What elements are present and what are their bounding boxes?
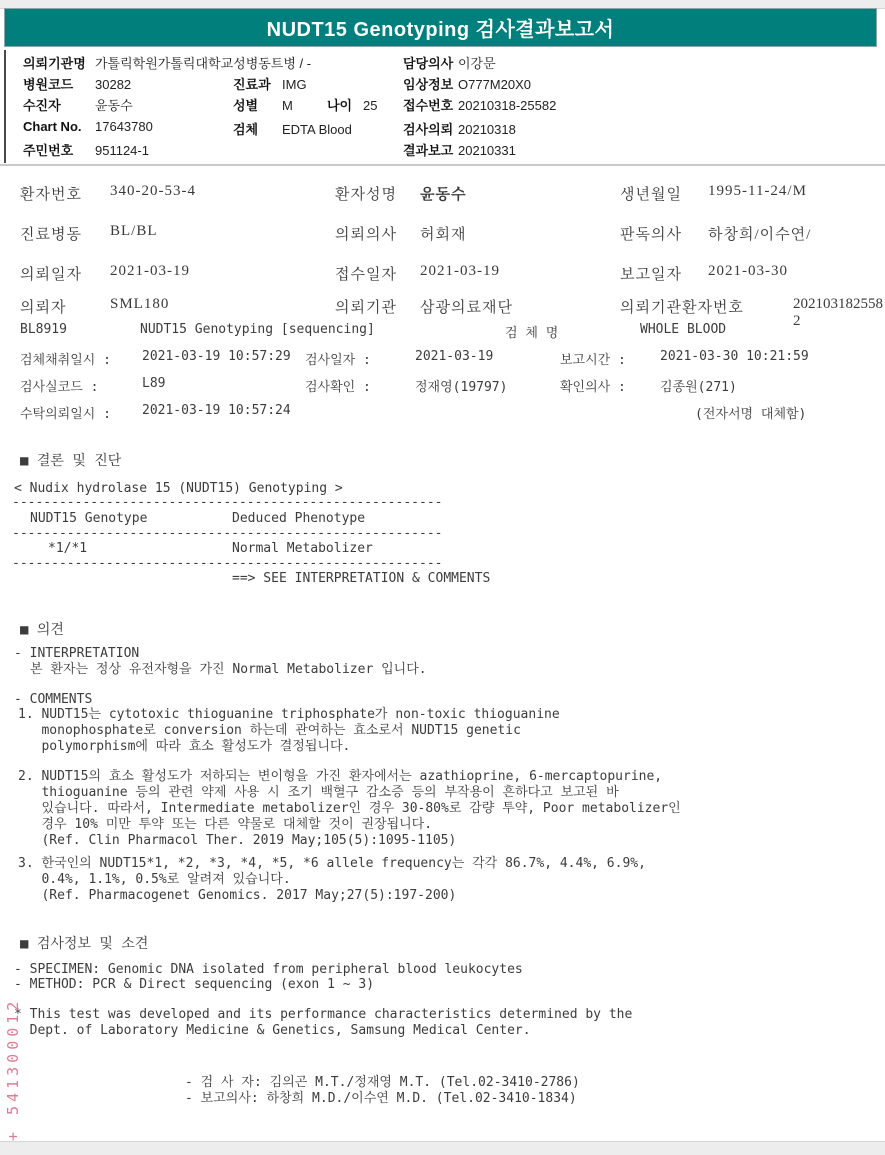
dashes: ----------------------------------------… xyxy=(12,556,442,571)
field-value: 정재영(19797) xyxy=(415,376,507,395)
field-label: 담당의사 xyxy=(403,53,458,72)
field-value: EDTA Blood xyxy=(282,122,352,137)
test-title-row: BL8919 NUDT15 Genotyping [sequencing] 검 … xyxy=(0,322,885,342)
specimen-barcode-number: + 541300012 xyxy=(4,991,20,1141)
field-label: 검사의뢰 xyxy=(403,119,458,138)
field-value: 1995-11-24/M xyxy=(708,183,807,200)
field-label: 접수번호 xyxy=(403,95,458,114)
field-label: 성별 xyxy=(233,95,282,114)
disclaimer: * This test was developed and its perfor… xyxy=(14,1007,864,1039)
info-row: 결과보고20210331 xyxy=(403,140,556,161)
patient-row: 진료병동BL/BL 의뢰의사허회재 판독의사하창희/이수연/ xyxy=(0,223,885,253)
examiner-line: - 검 사 자: 김의곤 M.T./정재영 M.T. (Tel.02-3410-… xyxy=(185,1075,580,1091)
dashes: ----------------------------------------… xyxy=(12,495,442,510)
field-value: WHOLE BLOOD xyxy=(640,322,726,337)
field-label: 환자성명 xyxy=(335,183,397,204)
page-title: NUDT15 Genotyping 검사결과보고서 xyxy=(267,13,615,42)
report-title-banner: NUDT15 Genotyping 검사결과보고서 xyxy=(4,8,877,47)
field-label: 진료병동 xyxy=(20,223,82,244)
field-label: 의뢰자 xyxy=(20,296,66,317)
field-value: 이강문 xyxy=(458,56,496,71)
order-info-col3: 담당의사이강문 임상정보O777M20X0 접수번호20210318-25582… xyxy=(403,53,556,161)
field-label: 의뢰기관환자번호 xyxy=(620,296,744,317)
field-value: 2021-03-19 xyxy=(415,349,493,364)
interpretation-body: 본 환자는 정상 유전자형을 가진 Normal Metabolizer 입니다… xyxy=(30,662,427,678)
field-label: 환자번호 xyxy=(20,183,82,204)
specimen-line: - SPECIMEN: Genomic DNA isolated from pe… xyxy=(14,962,523,978)
lab-report-page: NUDT15 Genotyping 검사결과보고서 의뢰기관명가톨릭학원가톨릭대… xyxy=(0,0,885,1155)
method-line: - METHOD: PCR & Direct sequencing (exon … xyxy=(14,977,374,993)
field-label: 검사일자 : xyxy=(305,349,371,368)
conclusion-section: ■ 결론 및 진단 xyxy=(0,450,885,470)
comment-item: 3. 한국인의 NUDT15*1, *2, *3, *4, *5, *6 all… xyxy=(18,856,868,904)
field-label: 검체 xyxy=(233,119,282,138)
field-label: 의뢰일자 xyxy=(20,263,82,284)
field-label: 보고시간 : xyxy=(560,349,626,368)
field-value: 340-20-53-4 xyxy=(110,183,196,200)
field-label: 판독의사 xyxy=(620,223,682,244)
field-label: 보고일자 xyxy=(620,263,682,284)
field-label: 나이 xyxy=(327,95,363,114)
test-meta-row: 검체채취일시 : 2021-03-19 10:57:29 검사일자 : 2021… xyxy=(0,349,885,369)
field-value: IMG xyxy=(282,77,307,92)
field-value: 20210331 xyxy=(458,143,516,158)
reporter-line: - 보고의사: 하창희 M.D./이수연 M.D. (Tel.02-3410-1… xyxy=(185,1091,577,1107)
field-value: 2021-03-19 xyxy=(110,263,190,280)
info-row: 성별M나이25 xyxy=(233,95,377,116)
field-label: 검사실코드 : xyxy=(20,376,98,395)
field-value: 2021-03-30 10:21:59 xyxy=(660,349,809,364)
genotype-value: *1/*1 xyxy=(48,541,87,556)
test-meta-row: 수탁의뢰일시 : 2021-03-19 10:57:24 (전자서명 대체함) xyxy=(0,403,885,423)
field-value: 2021-03-19 xyxy=(420,263,500,280)
section-title: ■ 의견 xyxy=(20,619,64,639)
test-meta-row: 검사실코드 : L89 검사확인 : 정재영(19797) 확인의사 : 김종원… xyxy=(0,376,885,396)
field-value: 가톨릭학원가톨릭대학교성병동트병 / - xyxy=(95,56,311,71)
field-label: 임상정보 xyxy=(403,74,458,93)
field-value: 17643780 xyxy=(95,119,153,134)
left-border-line xyxy=(4,50,6,163)
field-label: 의뢰기관명 xyxy=(23,53,95,72)
comments-title: - COMMENTS xyxy=(14,692,92,708)
field-label: 결과보고 xyxy=(403,140,458,159)
field-value: 30282 xyxy=(95,77,131,92)
field-value: 하창희/이수연/ xyxy=(708,223,811,244)
field-value: BL/BL xyxy=(110,223,158,240)
interpretation-title: - INTERPRETATION xyxy=(14,646,139,662)
info-row: 진료과IMG xyxy=(233,74,377,95)
section-title: ■ 검사정보 및 소견 xyxy=(20,933,148,953)
test-code: BL8919 xyxy=(20,322,67,337)
see-note: ==> SEE INTERPRETATION & COMMENTS xyxy=(232,571,490,586)
comment-item: 2. NUDT15의 효소 활성도가 저하되는 변이형을 가진 환자에서는 az… xyxy=(18,769,868,849)
info-row: 의뢰기관명가톨릭학원가톨릭대학교성병동트병 / - xyxy=(23,53,311,74)
phenotype-value: Normal Metabolizer xyxy=(232,541,373,556)
field-value: 윤동수 xyxy=(420,183,466,204)
field-label: 진료과 xyxy=(233,74,282,93)
field-label: 검사확인 : xyxy=(305,376,371,395)
field-label: 생년월일 xyxy=(620,183,682,204)
field-value: O777M20X0 xyxy=(458,77,531,92)
info-row: 접수번호20210318-25582 xyxy=(403,95,556,116)
order-info-col2: 진료과IMG 성별M나이25 검체EDTA Blood xyxy=(233,74,377,140)
conclusion-subtitle: < Nudix hydrolase 15 (NUDT15) Genotyping… xyxy=(14,481,343,496)
section-divider-line xyxy=(0,164,885,166)
field-label: 의뢰기관 xyxy=(335,296,397,317)
esignature-note: (전자서명 대체함) xyxy=(695,403,806,422)
info-row: 담당의사이강문 xyxy=(403,53,556,74)
field-value: 20210318 xyxy=(458,122,516,137)
opinion-section: ■ 의견 xyxy=(0,619,885,639)
bottom-margin-strip xyxy=(0,1141,885,1155)
dashes: ----------------------------------------… xyxy=(12,526,442,541)
field-label: 확인의사 : xyxy=(560,376,626,395)
field-label: 수진자 xyxy=(23,95,95,114)
field-label: 수탁의뢰일시 : xyxy=(20,403,111,422)
field-value: 20210318-25582 xyxy=(458,98,556,113)
field-value: 김종원(271) xyxy=(660,376,737,395)
patient-row: 의뢰일자2021-03-19 접수일자2021-03-19 보고일자2021-0… xyxy=(0,263,885,293)
test-info-section: ■ 검사정보 및 소견 xyxy=(0,933,885,953)
field-value: 25 xyxy=(363,98,377,113)
field-label: 병원코드 xyxy=(23,74,95,93)
field-value: 2021-03-19 10:57:29 xyxy=(142,349,291,364)
field-value: 2021-03-19 10:57:24 xyxy=(142,403,291,418)
field-value: 2021-03-30 xyxy=(708,263,788,280)
info-row: 검사의뢰20210318 xyxy=(403,119,556,140)
test-name: NUDT15 Genotyping [sequencing] xyxy=(140,322,375,337)
section-title: ■ 결론 및 진단 xyxy=(20,450,121,470)
info-row: 검체EDTA Blood xyxy=(233,119,377,140)
field-value: SML180 xyxy=(110,296,169,313)
genotype-header: NUDT15 Genotype xyxy=(30,511,147,526)
info-row: 주민번호951124-1 xyxy=(23,140,311,161)
comment-item: 1. NUDT15는 cytotoxic thioguanine triphos… xyxy=(18,707,868,755)
field-label: 검 체 명 xyxy=(505,322,558,341)
field-label: 의뢰의사 xyxy=(335,223,397,244)
field-value: 허회재 xyxy=(420,223,466,244)
see-note-row: ==> SEE INTERPRETATION & COMMENTS xyxy=(0,571,885,591)
info-row: 임상정보O777M20X0 xyxy=(403,74,556,95)
field-value: 윤동수 xyxy=(95,98,133,113)
field-label: 접수일자 xyxy=(335,263,397,284)
field-label: Chart No. xyxy=(23,119,95,134)
phenotype-header: Deduced Phenotype xyxy=(232,511,365,526)
field-label: 주민번호 xyxy=(23,140,95,159)
field-value: 951124-1 xyxy=(95,143,149,158)
field-value: M xyxy=(282,98,327,113)
field-label: 검체채취일시 : xyxy=(20,349,111,368)
field-value: 삼광의료재단 xyxy=(420,296,513,317)
field-value: L89 xyxy=(142,376,165,391)
patient-row: 환자번호340-20-53-4 환자성명윤동수 생년월일1995-11-24/M xyxy=(0,183,885,213)
